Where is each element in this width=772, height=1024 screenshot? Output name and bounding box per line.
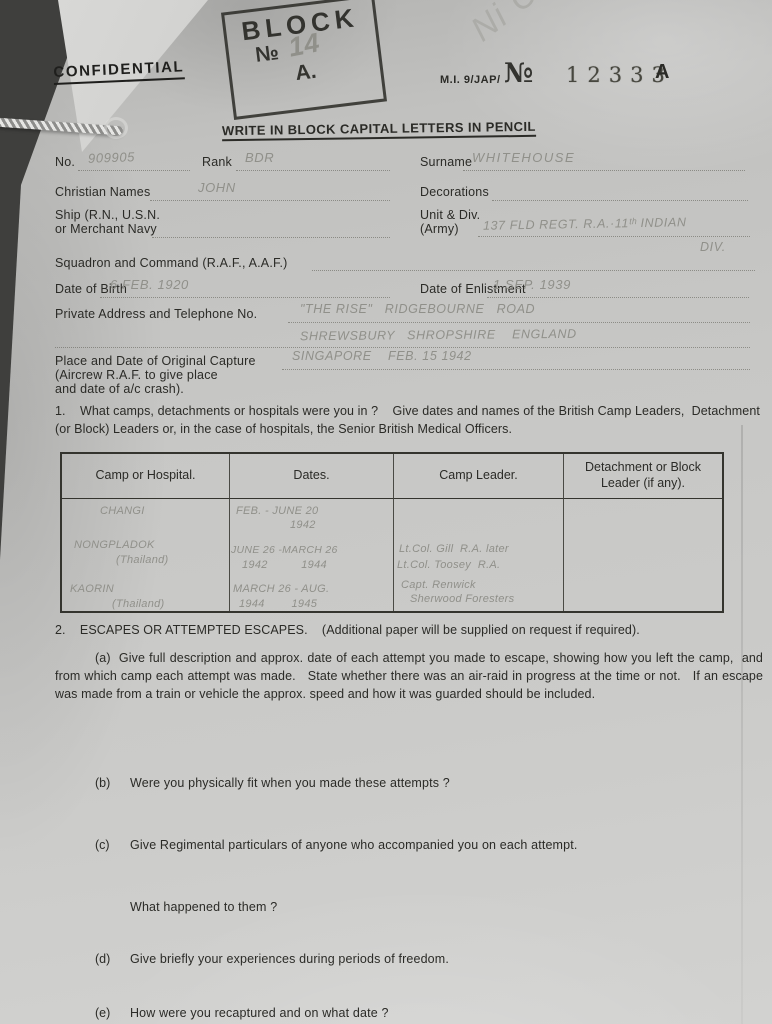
table-body-leader-column: Lt.Col. Gill R.A. later Lt.Col. Toosey R…	[394, 499, 564, 611]
question-2-heading: 2. ESCAPES OR ATTEMPTED ESCAPES. (Additi…	[55, 622, 760, 640]
question-2d-text: Give briefly your experiences during per…	[130, 952, 449, 966]
question-2d-label: (d)	[95, 952, 110, 966]
stamp-block-number-handwritten: 14	[286, 27, 323, 63]
dates-entry: 1942 1944	[242, 559, 327, 571]
leader-entry: Lt.Col. Toosey R.A.	[397, 559, 500, 571]
question-2a: (a) Give full description and approx. da…	[55, 650, 763, 703]
dates-entry: FEB. - JUNE 20	[236, 505, 318, 517]
table-header-leader: Camp Leader.	[394, 454, 564, 499]
dotted-line	[282, 369, 750, 370]
dotted-line	[236, 170, 390, 171]
unit-div-value-line2: DIV.	[700, 240, 726, 254]
scanned-page: CONFIDENTIAL BLOCK № 14 A. Ni C M.I. 9/J…	[0, 0, 772, 1024]
dates-entry: JUNE 26 -MARCH 26	[231, 544, 338, 556]
dotted-line	[55, 347, 750, 348]
capture-label-line1: Place and Date of Original Capture	[55, 354, 256, 368]
dates-entry: MARCH 26 - AUG.	[233, 583, 329, 595]
private-address-value-line1: "THE RISE" RIDGEBOURNE ROAD	[300, 302, 535, 316]
capture-value: SINGAPORE FEB. 15 1942	[292, 349, 472, 363]
squadron-label: Squadron and Command (R.A.F., A.A.F.)	[55, 256, 288, 270]
unit-div-label-line2: (Army)	[420, 222, 480, 236]
question-2e-label: (e)	[95, 1006, 110, 1020]
rank-field-label: Rank	[202, 155, 232, 169]
capture-label-line3: and date of a/c crash).	[55, 382, 184, 396]
mi9-no-label: №	[504, 58, 533, 89]
ship-label-line1: Ship (R.N., U.S.N.	[55, 208, 160, 222]
question-1-text: 1. What camps, detachments or hospitals …	[55, 403, 760, 439]
rank-field-value: BDR	[245, 150, 274, 165]
unit-div-label: Unit & Div.(Army)	[420, 208, 480, 236]
question-2a-text: Give full description and approx. date o…	[55, 651, 767, 701]
dotted-line	[288, 322, 750, 323]
leader-entry: Capt. Renwick	[401, 579, 476, 591]
camp-entry: NONGPLADOK	[74, 539, 155, 551]
christian-names-value: JOHN	[198, 180, 236, 195]
dotted-line	[150, 200, 390, 201]
table-header-dates: Dates.	[230, 454, 394, 499]
dotted-line	[312, 270, 755, 271]
private-address-value-line2: SHREWSBURY SHROPSHIRE ENGLAND	[300, 327, 577, 343]
confidential-marking: CONFIDENTIAL	[53, 58, 185, 85]
date-of-birth-value: 6 FEB. 1920	[110, 277, 189, 292]
dotted-line	[152, 237, 390, 238]
dotted-line	[487, 297, 749, 298]
ship-label: Ship (R.N., U.S.N.or Merchant Navy	[55, 208, 160, 236]
date-of-enlistment-value: 1 SEP. 1939	[493, 277, 571, 292]
leader-entry: Sherwood Foresters	[410, 593, 514, 605]
private-address-label: Private Address and Telephone No.	[55, 307, 257, 321]
camp-entry-country: (Thailand)	[112, 598, 165, 610]
question-2b-text: Were you physically fit when you made th…	[130, 776, 450, 790]
no-field-value: 909905	[88, 149, 135, 166]
table-header-detachment: Detachment or Block Leader (if any).	[564, 454, 722, 499]
pencil-scribble: Ni C	[464, 0, 546, 50]
surname-field-value: WHITEHOUSE	[472, 150, 575, 165]
ship-label-line2: or Merchant Navy	[55, 222, 160, 236]
unit-div-label-line1: Unit & Div.	[420, 208, 480, 222]
capture-label-line2: (Aircrew R.A.F. to give place	[55, 368, 218, 382]
block-stamp: BLOCK № 14 A.	[221, 0, 387, 120]
dotted-line	[478, 236, 750, 237]
dotted-line	[492, 200, 748, 201]
camp-entry: CHANGI	[100, 505, 145, 517]
question-2c-followup: What happened to them ?	[130, 900, 277, 914]
leader-entry: Lt.Col. Gill R.A. later	[399, 543, 509, 555]
mi9-reference-prefix: M.I. 9/JAP/	[440, 74, 501, 86]
camps-table: Camp or Hospital. Dates. Camp Leader. De…	[60, 452, 724, 613]
decorations-label: Decorations	[420, 185, 489, 199]
mi9-reference-suffix: A	[655, 61, 669, 84]
camp-entry-country: (Thailand)	[116, 554, 169, 566]
question-2a-label: (a)	[95, 651, 111, 665]
instruction-heading: WRITE IN BLOCK CAPITAL LETTERS IN PENCIL	[222, 119, 536, 141]
table-body-dates-column: FEB. - JUNE 20 1942 JUNE 26 -MARCH 26 19…	[230, 499, 394, 611]
dates-entry: 1944 1945	[239, 598, 317, 610]
table-body-camp-column: CHANGI NONGPLADOK (Thailand) KAORIN (Tha…	[62, 499, 230, 611]
question-2c-label: (c)	[95, 838, 110, 852]
question-2b-label: (b)	[95, 776, 110, 790]
christian-names-label: Christian Names	[55, 185, 150, 199]
camp-entry: KAORIN	[70, 583, 114, 595]
table-header-camp: Camp or Hospital.	[62, 454, 230, 499]
question-2c-text: Give Regimental particulars of anyone wh…	[130, 838, 577, 852]
dotted-line	[100, 297, 390, 298]
dates-entry: 1942	[290, 519, 316, 531]
no-field-label: No.	[55, 155, 75, 169]
surname-field-label: Surname	[420, 155, 472, 169]
question-2e-text: How were you recaptured and on what date…	[130, 1006, 389, 1020]
unit-div-value: 137 FLD REGT. R.A.·11ᵗʰ INDIAN	[483, 215, 687, 233]
dotted-line	[463, 170, 745, 171]
stamp-no-label: №	[254, 41, 280, 67]
dotted-line	[78, 170, 190, 171]
form-content: CONFIDENTIAL BLOCK № 14 A. Ni C M.I. 9/J…	[0, 0, 772, 1024]
table-body-detachment-column	[564, 499, 722, 611]
